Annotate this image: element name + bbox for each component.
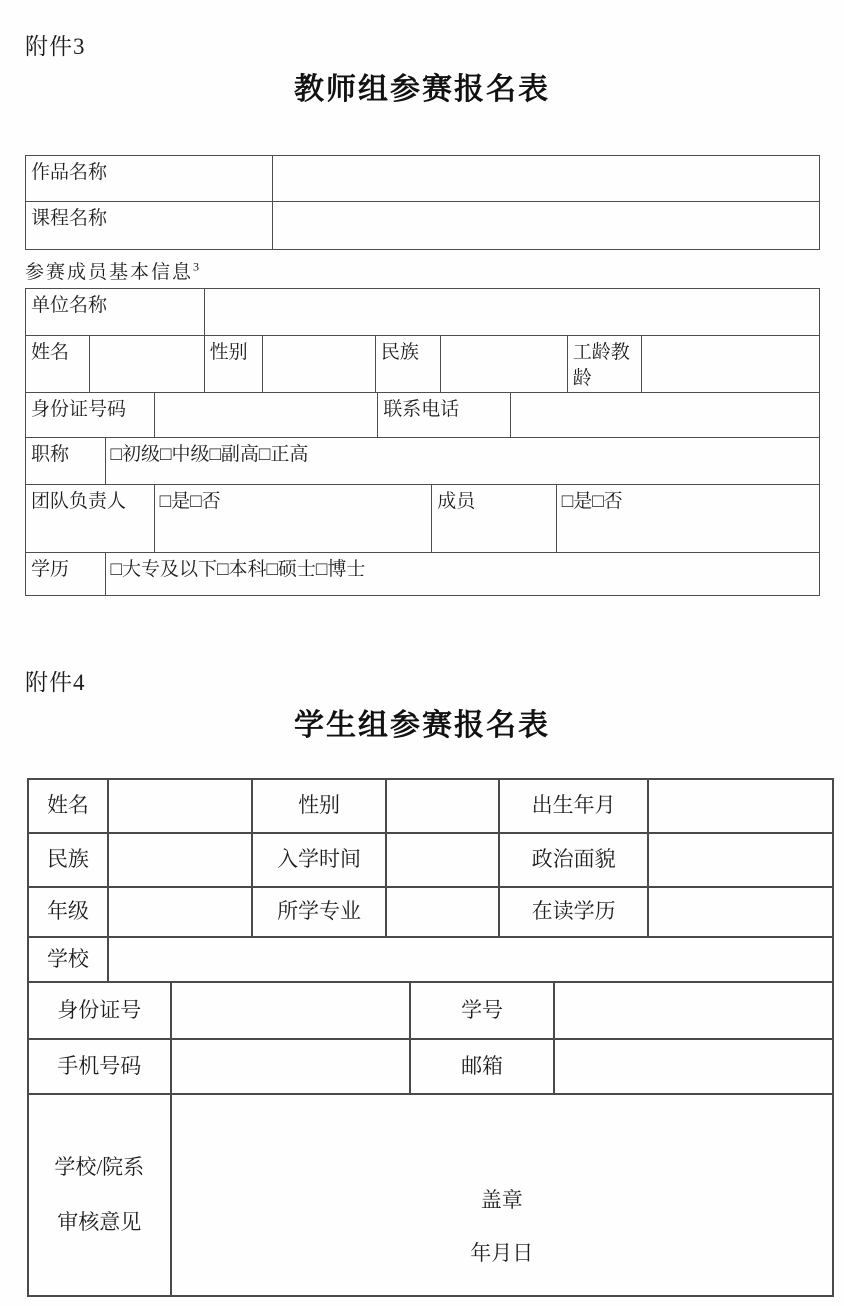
grade-label: 年级 [29,888,107,936]
prof-title-checkbox-options[interactable]: □初级□中级□副高□正高 [105,438,819,484]
student-id-number-field[interactable] [170,983,409,1038]
footnote-marker: 3 [193,260,201,274]
student-ethnicity-label: 民族 [29,834,107,886]
document-page: 附件3 教师组参赛报名表 作品名称 课程名称 参赛成员基本信息3 单位名称 姓名… [0,0,844,1306]
review-opinion-field[interactable]: 盖章 年月日 [170,1095,832,1295]
attachment4-label: 附件4 [25,664,86,697]
table-row: 学校/院系 审核意见 盖章 年月日 [29,1093,832,1295]
course-name-field[interactable] [272,202,819,249]
student-gender-field[interactable] [385,780,498,832]
table-row: 学历 □大专及以下□本科□硕士□博士 [26,552,819,595]
table-row: 作品名称 [26,156,819,201]
phone-label: 联系电话 [377,393,509,437]
team-leader-checkbox-options[interactable]: □是□否 [154,485,432,552]
work-name-label: 作品名称 [26,156,272,201]
school-label: 学校 [29,938,107,981]
student-info-table: 姓名 性别 出生年月 民族 入学时间 政治面貌 年级 所学专业 在读学历 学校 [27,778,834,1297]
student-id-number-label: 身份证号 [29,983,170,1038]
table-row: 团队负责人 □是□否 成员 □是□否 [26,484,819,552]
table-row: 手机号码 邮箱 [29,1038,832,1093]
enrollment-time-field[interactable] [385,834,498,886]
gender-label: 性别 [204,336,263,392]
name-label: 姓名 [26,336,89,392]
student-name-label: 姓名 [29,780,107,832]
table-row: 年级 所学专业 在读学历 [29,886,832,936]
student-name-field[interactable] [107,780,252,832]
current-degree-field[interactable] [647,888,832,936]
table-row: 姓名 性别 民族 工龄教龄 [26,335,819,392]
table-row: 单位名称 [26,289,819,335]
student-no-field[interactable] [553,983,832,1038]
table-row: 学校 [29,936,832,981]
member-info-heading-text: 参赛成员基本信息 [25,262,193,283]
member-checkbox-options[interactable]: □是□否 [556,485,819,552]
birth-date-label: 出生年月 [498,780,647,832]
grade-field[interactable] [107,888,252,936]
degree-checkbox-options[interactable]: □大专及以下□本科□硕士□博士 [105,553,819,595]
member-info-heading: 参赛成员基本信息3 [25,257,201,284]
birth-date-field[interactable] [647,780,832,832]
review-opinion-label-line2: 审核意见 [57,1209,141,1236]
email-label: 邮箱 [409,1040,554,1093]
student-no-label: 学号 [409,983,554,1038]
table-row: 身份证号 学号 [29,981,832,1038]
phone-field[interactable] [510,393,819,437]
email-field[interactable] [553,1040,832,1093]
seal-placeholder-text: 盖章 [481,1187,523,1214]
mobile-field[interactable] [170,1040,409,1093]
student-ethnicity-field[interactable] [107,834,252,886]
ethnicity-field[interactable] [440,336,567,392]
prof-title-label: 职称 [26,438,105,484]
current-degree-label: 在读学历 [498,888,647,936]
table-row: 课程名称 [26,201,819,249]
work-info-table: 作品名称 课程名称 [25,155,820,250]
review-opinion-label-line1: 学校/院系 [54,1154,144,1181]
id-number-field[interactable] [154,393,378,437]
table-row: 职称 □初级□中级□副高□正高 [26,437,819,484]
table-row: 身份证号码 联系电话 [26,392,819,437]
table-row: 姓名 性别 出生年月 [29,780,832,832]
unit-name-field[interactable] [204,289,819,335]
degree-label: 学历 [26,553,105,595]
course-name-label: 课程名称 [26,202,272,249]
school-field[interactable] [107,938,832,981]
member-info-table: 单位名称 姓名 性别 民族 工龄教龄 身份证号码 联系电话 职称 □初级□中级□… [25,288,820,596]
seniority-field[interactable] [641,336,819,392]
student-gender-label: 性别 [251,780,384,832]
member-label: 成员 [431,485,556,552]
enrollment-time-label: 入学时间 [251,834,384,886]
name-field[interactable] [89,336,203,392]
gender-field[interactable] [262,336,375,392]
seniority-label: 工龄教龄 [567,336,641,392]
review-opinion-label: 学校/院系 审核意见 [29,1095,170,1295]
team-leader-label: 团队负责人 [26,485,154,552]
mobile-label: 手机号码 [29,1040,170,1093]
major-label: 所学专业 [251,888,384,936]
student-form-title: 学生组参赛报名表 [0,700,844,744]
teacher-form-title: 教师组参赛报名表 [0,64,844,108]
political-status-label: 政治面貌 [498,834,647,886]
attachment3-label: 附件3 [25,28,86,61]
political-status-field[interactable] [647,834,832,886]
id-number-label: 身份证号码 [26,393,154,437]
major-field[interactable] [385,888,498,936]
date-placeholder-text: 年月日 [470,1240,533,1267]
work-name-field[interactable] [272,156,819,201]
unit-name-label: 单位名称 [26,289,204,335]
table-row: 民族 入学时间 政治面貌 [29,832,832,886]
ethnicity-label: 民族 [375,336,440,392]
